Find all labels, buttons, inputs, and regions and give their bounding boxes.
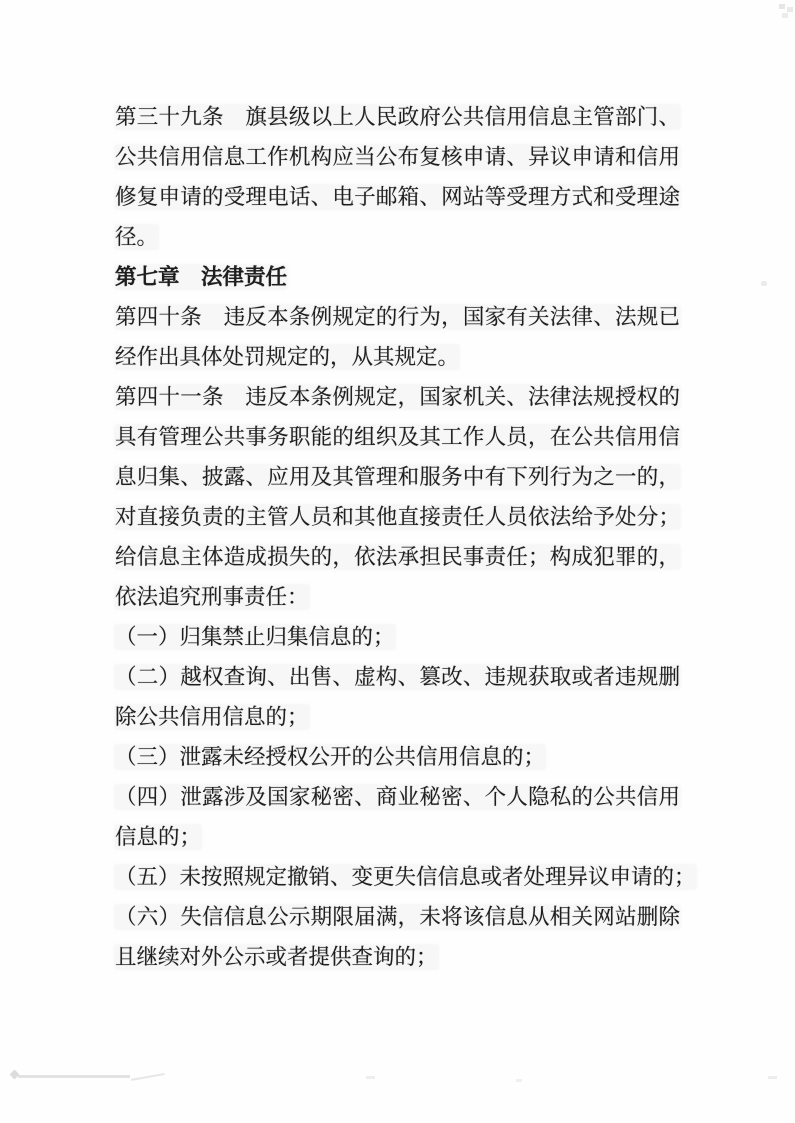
article-41-line-text: 依法追究刑事责任：: [115, 585, 309, 609]
article-41-line: 给信息主体造成损失的，依法承担民事责任；构成犯罪的，: [115, 537, 680, 577]
scan-artifact-line: [18, 1075, 130, 1078]
article-39-line: 修复申请的受理电话、电子邮箱、网站等受理方式和受理途: [115, 177, 680, 217]
item-4-line: 信息的；: [115, 817, 680, 857]
article-41-line: 息归集、披露、应用及其管理和服务中有下列行为之一的，: [115, 457, 680, 497]
article-39-line-text: 第三十九条 旗县级以上人民政府公共信用信息主管部门、: [115, 105, 680, 129]
article-39-line-text: 径。: [115, 225, 158, 249]
scan-artifact-speck: [768, 1076, 777, 1079]
item-5-line-text: （五）未按照规定撤销、变更失信信息或者处理异议申请的；: [115, 865, 696, 889]
article-39-line-text: 公共信用信息工作机构应当公布复核申请、异议申请和信用: [115, 145, 680, 169]
article-41-line-text: 第四十一条 违反本条例规定，国家机关、法律法规授权的: [115, 385, 680, 409]
article-40-line: 第四十条 违反本条例规定的行为，国家有关法律、法规已: [115, 297, 680, 337]
article-41-line: 依法追究刑事责任：: [115, 577, 680, 617]
item-6-line: 且继续对外公示或者提供查询的；: [115, 937, 680, 977]
item-6-line: （六）失信信息公示期限届满，未将该信息从相关网站删除: [115, 897, 680, 937]
scan-artifact-squiggle: [129, 1063, 165, 1081]
article-39-line: 公共信用信息工作机构应当公布复核申请、异议申请和信用: [115, 137, 680, 177]
text-block: 第三十九条 旗县级以上人民政府公共信用信息主管部门、公共信用信息工作机构应当公布…: [115, 97, 680, 977]
article-41-line-text: 对直接负责的主管人员和其他直接责任人员依法给予处分；: [115, 505, 680, 529]
scan-artifact-corner: [779, 4, 785, 9]
chapter-7-heading: 第七章 法律责任: [115, 257, 680, 297]
chapter-7-heading-text: 第七章 法律责任: [115, 265, 287, 289]
article-41-line: 第四十一条 违反本条例规定，国家机关、法律法规授权的: [115, 377, 680, 417]
article-39-line-text: 修复申请的受理电话、电子邮箱、网站等受理方式和受理途: [115, 185, 680, 209]
article-39-line: 第三十九条 旗县级以上人民政府公共信用信息主管部门、: [115, 97, 680, 137]
article-40-line: 经作出具体处罚规定的，从其规定。: [115, 337, 680, 377]
item-6-line-text: （六）失信信息公示期限届满，未将该信息从相关网站删除: [115, 905, 680, 929]
article-39-line: 径。: [115, 217, 680, 257]
article-41-line: 对直接负责的主管人员和其他直接责任人员依法给予处分；: [115, 497, 680, 537]
item-2-line-text: （二）越权查询、出售、虚构、篡改、违规获取或者违规删: [115, 665, 680, 689]
article-41-line-text: 给信息主体造成损失的，依法承担民事责任；构成犯罪的，: [115, 545, 680, 569]
item-2-line-text: 除公共信用信息的；: [115, 705, 309, 729]
scan-artifact-speck: [516, 1079, 522, 1082]
item-3-line-text: （三）泄露未经授权公开的公共信用信息的；: [115, 745, 545, 769]
scanned-document-page: 第三十九条 旗县级以上人民政府公共信用信息主管部门、公共信用信息工作机构应当公布…: [0, 0, 795, 1123]
article-41-line-text: 具有管理公共事务职能的组织及其工作人员，在公共信用信: [115, 425, 680, 449]
scan-artifact-speck: [366, 1076, 375, 1079]
item-4-line-text: （四）泄露涉及国家秘密、商业秘密、个人隐私的公共信用: [115, 785, 680, 809]
article-41-line: 具有管理公共事务职能的组织及其工作人员，在公共信用信: [115, 417, 680, 457]
item-1-line-text: （一）归集禁止归集信息的；: [115, 625, 395, 649]
article-40-line-text: 第四十条 违反本条例规定的行为，国家有关法律、法规已: [115, 305, 680, 329]
article-41-line-text: 息归集、披露、应用及其管理和服务中有下列行为之一的，: [115, 465, 680, 489]
item-3-line: （三）泄露未经授权公开的公共信用信息的；: [115, 737, 680, 777]
item-4-line: （四）泄露涉及国家秘密、商业秘密、个人隐私的公共信用: [115, 777, 680, 817]
scan-artifact-speck: [761, 281, 767, 286]
item-2-line: （二）越权查询、出售、虚构、篡改、违规获取或者违规删: [115, 657, 680, 697]
item-6-line-text: 且继续对外公示或者提供查询的；: [115, 945, 438, 969]
item-4-line-text: 信息的；: [115, 825, 201, 849]
item-1-line: （一）归集禁止归集信息的；: [115, 617, 680, 657]
article-40-line-text: 经作出具体处罚规定的，从其规定。: [115, 345, 459, 369]
item-2-line: 除公共信用信息的；: [115, 697, 680, 737]
item-5-line: （五）未按照规定撤销、变更失信信息或者处理异议申请的；: [115, 857, 680, 897]
